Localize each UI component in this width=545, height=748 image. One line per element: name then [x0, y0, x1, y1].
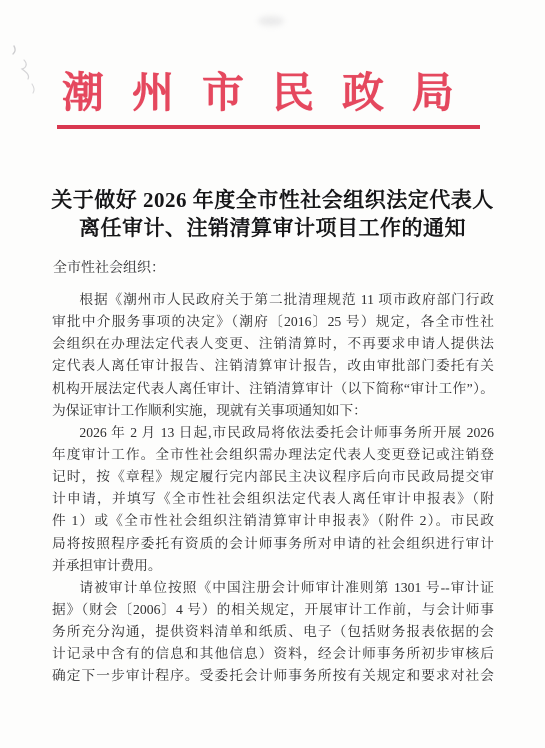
scan-smudge	[258, 16, 284, 26]
pen-scribble-mark	[6, 42, 48, 100]
document-title-line1: 关于做好 2026 年度全市性社会组织法定代表人	[0, 186, 545, 214]
body-text-line: 审批中介服务事项的决定》（潮府〔2016〕25 号）规定，各全市性社	[52, 311, 494, 333]
letterhead-divider-line	[57, 125, 480, 129]
letterhead-char-6: 局	[412, 70, 454, 118]
letterhead-char-5: 政	[342, 70, 384, 118]
salutation-line: 全市性社会组织：	[53, 259, 165, 279]
body-text-line: 为保证审计工作顺利实施，现就有关事项通知如下：	[52, 400, 494, 422]
body-text-line: 机构开展法定代表人离任审计、注销清算审计（以下简称“审计工作”）。	[52, 378, 494, 400]
body-text-line: 务所充分沟通，提供资料清单和纸质、电子（包括财务报表依据的会	[52, 621, 494, 643]
body-text-line: 局将按照程序委托有资质的会计师事务所对申请的社会组织进行审计	[52, 533, 494, 555]
body-text-line: 件 1）或《全市性社会组织注销清算审计申报表》（附件 2）。市民政	[52, 510, 494, 532]
body-text-line: 记时，按《章程》规定履行完内部民主决议程序后向市民政局提交审	[52, 466, 494, 488]
body-text-line: 2026 年 2 月 13 日起,市民政局将依法委托会计师事务所开展 2026	[52, 422, 494, 444]
document-page: 潮 州 市 民 政 局 关于做好 2026 年度全市性社会组织法定代表人 离任审…	[0, 0, 545, 748]
body-text-line: 计申请，并填写《全市性社会组织法定代表人离任审计申报表》（附	[52, 488, 494, 510]
letterhead-char-2: 州	[132, 70, 174, 118]
body-text-line: 请被审计单位按照《中国注册会计师审计准则第 1301 号--审计证	[52, 577, 494, 599]
letterhead-char-3: 市	[202, 70, 244, 118]
body-text-line: 会组织在办理法定代表人变更、注销清算时，不再要求申请人提供法	[52, 333, 494, 355]
body-text-line: 根据《潮州市人民政府关于第二批清理规范 11 项市政府部门行政	[52, 289, 494, 311]
document-title: 关于做好 2026 年度全市性社会组织法定代表人 离任审计、注销清算审计项目工作…	[0, 186, 545, 242]
body-text-line: 并承担审计费用。	[52, 555, 494, 577]
letterhead-title: 潮 州 市 民 政 局	[62, 70, 454, 118]
body-text-line: 年度审计工作。全市性社会组织需办理法定代表人变更登记或注销登	[52, 444, 494, 466]
letterhead-char-1: 潮	[62, 70, 104, 118]
document-title-line2: 离任审计、注销清算审计项目工作的通知	[0, 214, 545, 242]
letterhead-char-4: 民	[272, 70, 314, 118]
body-text-line: 定代表人离任审计报告、注销清算审计报告，改由审批部门委托有关	[52, 355, 494, 377]
body-text-line: 确定下一步审计程序。受委托会计师事务所按有关规定和要求对社会	[52, 665, 494, 687]
body-text-line: 据》（财会〔2006〕4 号）的相关规定，开展审计工作前，与会计师事	[52, 599, 494, 621]
body-text-line: 计记录中含有的信息和其他信息）资料，经会计师事务所初步审核后	[52, 643, 494, 665]
document-body: 根据《潮州市人民政府关于第二批清理规范 11 项市政府部门行政审批中介服务事项的…	[52, 289, 494, 688]
